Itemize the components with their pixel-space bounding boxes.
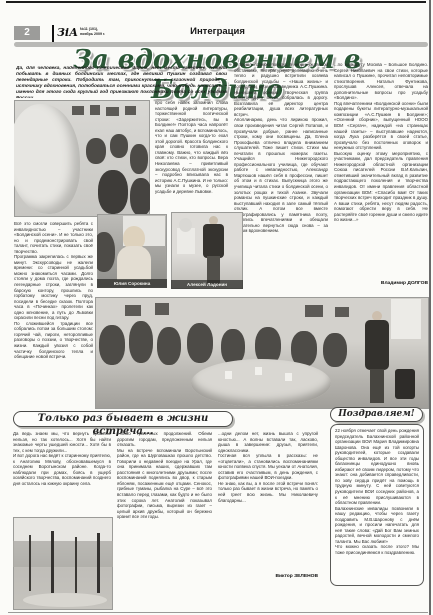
standing-man-suit: [365, 320, 389, 370]
main-column-right: ...по маршруту Москва – Большое Болдино.…: [334, 62, 428, 280]
cup: [285, 373, 292, 381]
newspaper-page: 2 ЗіА №11 (101), ноябрь 2009 г. Интеграц…: [0, 0, 433, 615]
header-divider: [52, 25, 54, 42]
window: [391, 299, 421, 339]
page-number: 2: [14, 26, 40, 40]
scan-edge-bottom: [8, 612, 428, 613]
second-article-col1: Да ведь знаем мы, что вернуть прошлое не…: [13, 431, 111, 515]
scan-edge-right: [429, 0, 431, 615]
photo-park: [13, 517, 113, 610]
yulia-coat: [117, 246, 151, 280]
tree-trunk: [29, 535, 31, 591]
photo-caption-yulia: Юлия Сорокина: [97, 279, 167, 288]
second-article-col3: ...одни делом нет, жизнь вышла с упругой…: [218, 431, 318, 571]
park-path: [23, 593, 107, 607]
lead-paragraph: Да, для человека, наделенного поэтически…: [16, 66, 227, 98]
second-article-headline: Только раз бывает в жизни встреча...: [13, 411, 233, 427]
alexey-jacket: [203, 224, 224, 258]
photo-yulia: Юлия Сорокина: [97, 214, 167, 288]
chair: [395, 369, 415, 399]
main-column-beside-photo: про себя навек запомнил слова настоящей …: [155, 100, 228, 214]
photo-alexey: Алексей Ладонин: [171, 212, 243, 289]
tree-trunk: [51, 531, 54, 593]
congrats-headline: Поздравляем!: [330, 407, 423, 422]
section-title: Интеграция: [150, 26, 285, 37]
standing-man-legs: [370, 369, 384, 403]
pushkin-bust-shape: [14, 104, 80, 214]
congrats-box: 22 ноября отмечает свой день рождения пр…: [330, 424, 424, 586]
cup: [225, 371, 232, 379]
tree-trunk: [75, 537, 77, 593]
second-article-col2: ...либо трагичных продолжений. Обеим дор…: [117, 431, 212, 610]
scan-edge-top: [6, 1, 426, 3]
congrats-body: 22 ноября отмечает свой день рождения пр…: [335, 428, 419, 582]
cup: [255, 367, 262, 375]
small-bust: [179, 218, 192, 232]
issue-info: №11 (101), ноябрь 2009 г.: [80, 27, 105, 36]
photo-caption-alexey: Алексей Ладонин: [171, 280, 243, 289]
second-article-signature: Виктор ЗЕЛЕНОВ: [218, 574, 318, 579]
photo-meeting-room: [95, 297, 429, 409]
main-column-left-bottom: Всё это смогли совершить ребята с инвали…: [14, 221, 93, 409]
masthead-logo: ЗіА: [57, 26, 78, 39]
main-column-middle: В прошлогоднюю поездку, в непринуждённой…: [234, 62, 328, 295]
photo-pushkin-bust: [14, 100, 150, 217]
tree-trunk: [97, 533, 100, 593]
main-article-signature: Владимир ДОЛГОВ: [334, 281, 428, 286]
